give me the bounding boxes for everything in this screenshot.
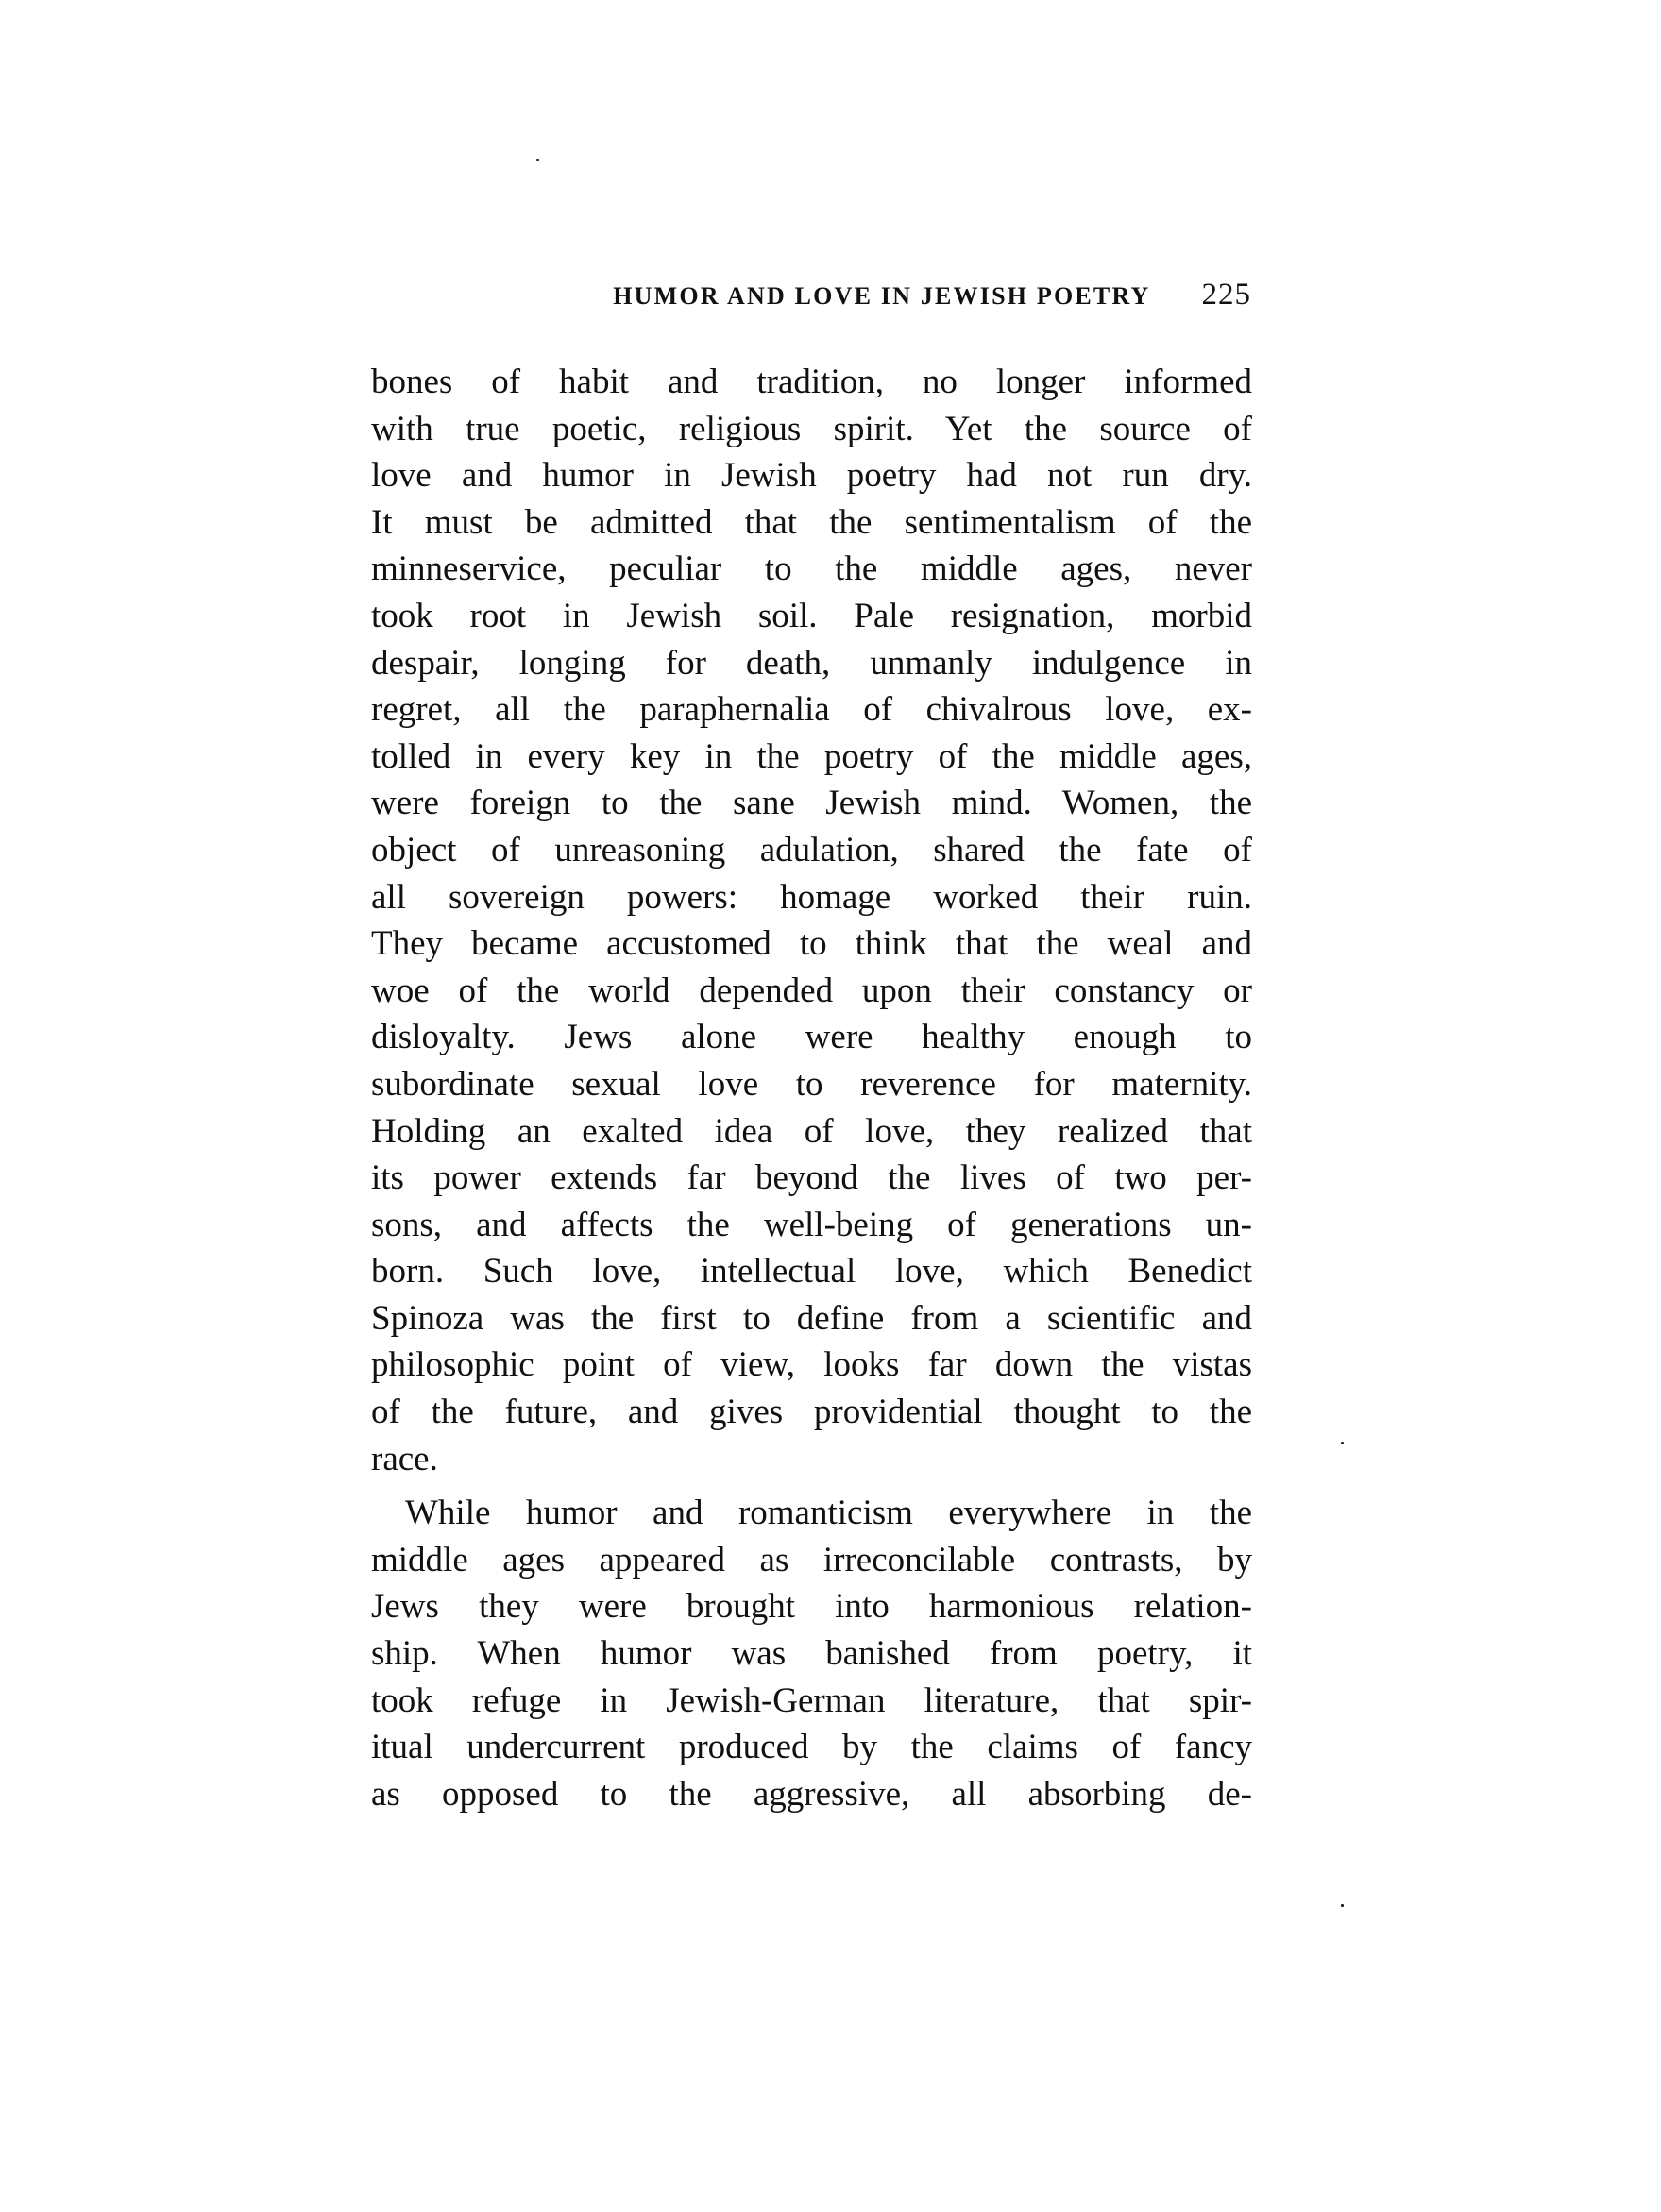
text-line: despair, longing for death, unmanly indu… <box>371 640 1252 687</box>
page-number: 225 <box>1202 278 1252 312</box>
text-line: While humor and romanticism everywhere i… <box>371 1490 1252 1537</box>
text-line: Spinoza was the first to define from a s… <box>371 1295 1252 1342</box>
text-line: middle ages appeared as irreconcilable c… <box>371 1537 1252 1584</box>
text-line: tolled in every key in the poetry of the… <box>371 734 1252 781</box>
text-line: born. Such love, intellectual love, whic… <box>371 1248 1252 1295</box>
running-head-title: HUMOR AND LOVE IN JEWISH POETRY <box>613 282 1150 311</box>
text-line: ship. When humor was banished from poetr… <box>371 1630 1252 1678</box>
text-line: disloyalty. Jews alone were healthy enou… <box>371 1014 1252 1061</box>
text-line: bones of habit and tradition, no longer … <box>371 359 1252 406</box>
text-line: philosophic point of view, looks far dow… <box>371 1342 1252 1389</box>
text-line: They became accustomed to think that the… <box>371 920 1252 968</box>
text-line: minneservice, peculiar to the middle age… <box>371 546 1252 593</box>
text-line: Jews they were brought into harmonious r… <box>371 1583 1252 1630</box>
scan-speck <box>1341 1442 1344 1444</box>
text-line: subordinate sexual love to reverence for… <box>371 1061 1252 1108</box>
text-line: sons, and affects the well-being of gene… <box>371 1202 1252 1249</box>
text-line: Holding an exalted idea of love, they re… <box>371 1108 1252 1156</box>
scan-speck <box>1341 1904 1344 1907</box>
text-line: with true poetic, religious spirit. Yet … <box>371 406 1252 453</box>
text-line: love and humor in Jewish poetry had not … <box>371 452 1252 499</box>
text-line: object of unreasoning adulation, shared … <box>371 827 1252 874</box>
text-line: took root in Jewish soil. Pale resignati… <box>371 593 1252 640</box>
scan-speck <box>536 159 539 161</box>
text-line: It must be admitted that the sentimental… <box>371 499 1252 547</box>
body-text: bones of habit and tradition, no longer … <box>371 359 1252 1817</box>
text-line: took refuge in Jewish-German literature,… <box>371 1678 1252 1725</box>
text-line: woe of the world depended upon their con… <box>371 968 1252 1015</box>
text-line: race. <box>371 1436 1252 1483</box>
text-line: were foreign to the sane Jewish mind. Wo… <box>371 780 1252 827</box>
text-line: as opposed to the aggressive, all absorb… <box>371 1771 1252 1818</box>
text-line: of the future, and gives providential th… <box>371 1389 1252 1436</box>
paragraph: While humor and romanticism everywhere i… <box>371 1490 1252 1817</box>
text-line: all sovereign powers: homage worked thei… <box>371 874 1252 921</box>
text-line: regret, all the paraphernalia of chivalr… <box>371 686 1252 734</box>
text-line: its power extends far beyond the lives o… <box>371 1155 1252 1202</box>
book-page: HUMOR AND LOVE IN JEWISH POETRY 225 bone… <box>0 0 1661 2212</box>
text-line: itual undercurrent produced by the claim… <box>371 1724 1252 1771</box>
paragraph: bones of habit and tradition, no longer … <box>371 359 1252 1482</box>
running-head: HUMOR AND LOVE IN JEWISH POETRY 225 <box>371 278 1251 319</box>
